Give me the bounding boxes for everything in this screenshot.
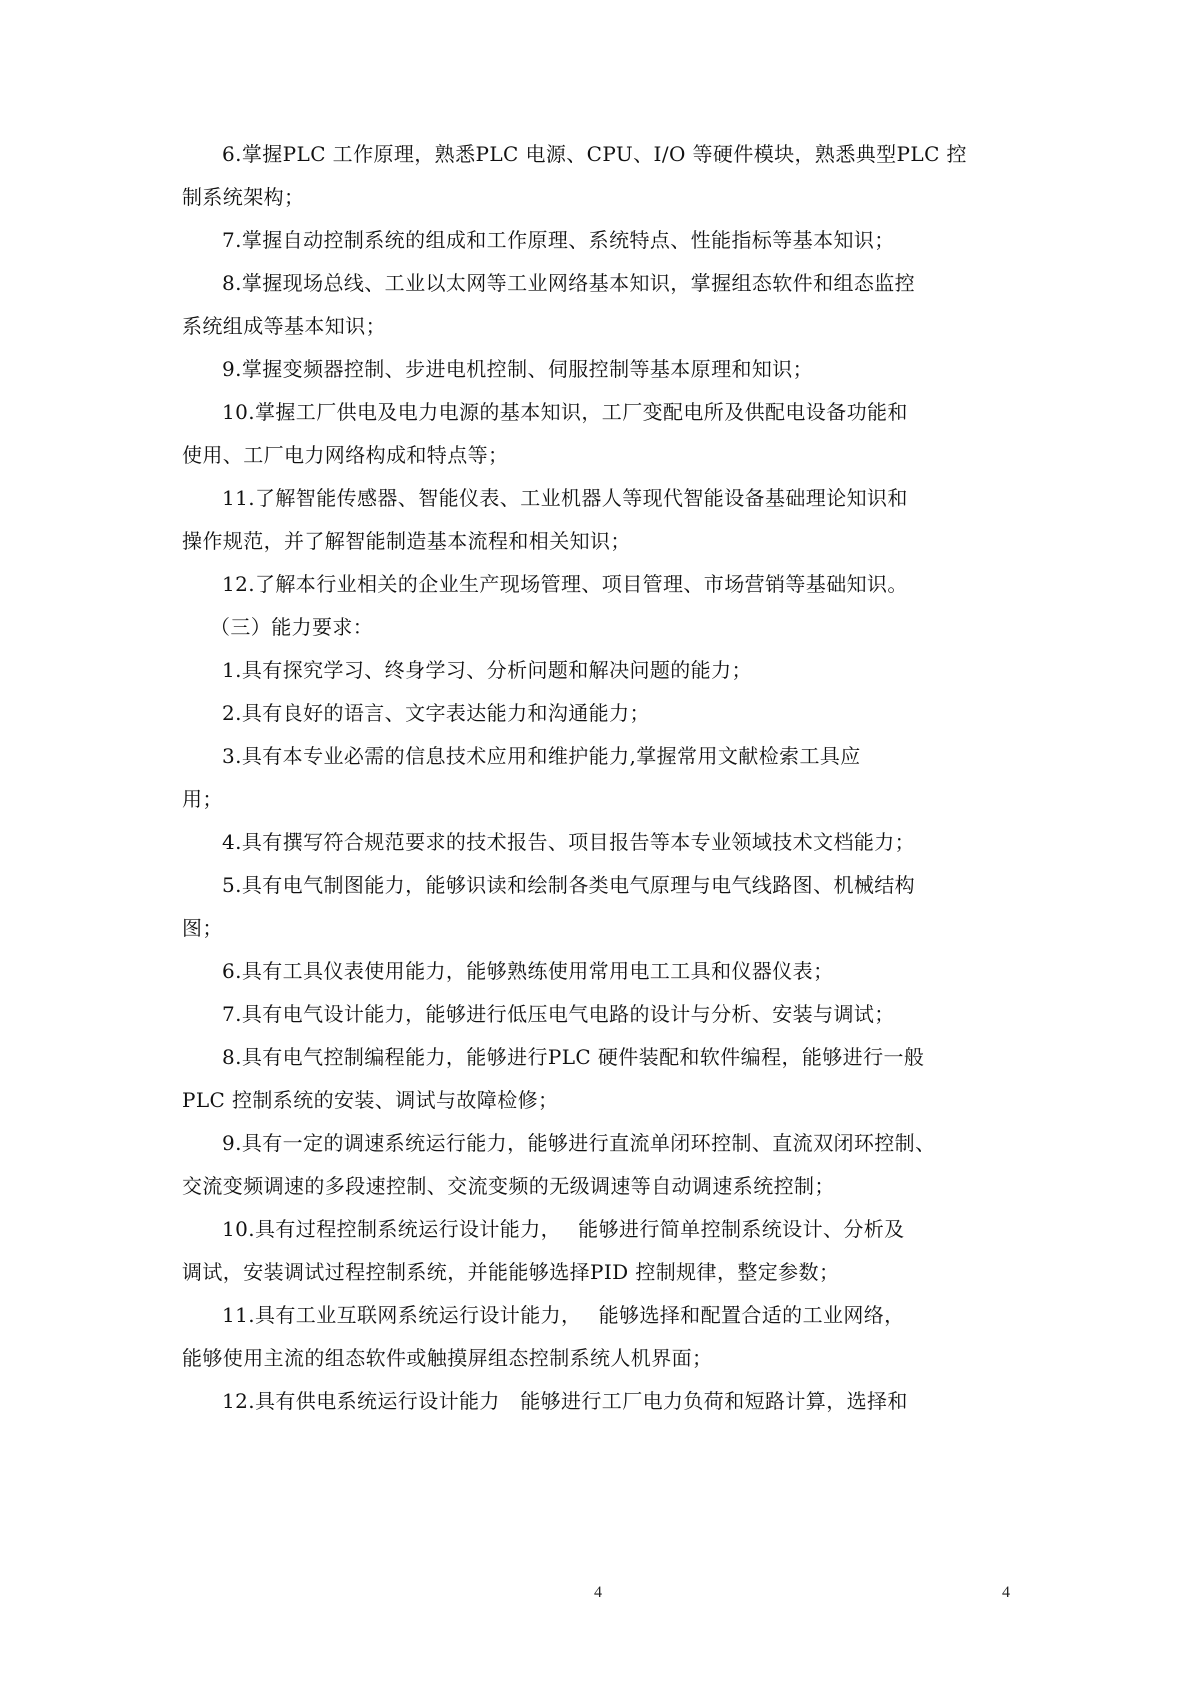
text-line: 10.具有过程控制系统运行设计能力， 能够进行简单控制系统设计、分析及 — [222, 1215, 905, 1243]
text-line: 3.具有本专业必需的信息技术应用和维护能力,掌握常用文献检索工具应 — [222, 742, 861, 770]
text-line: 12.了解本行业相关的企业生产现场管理、项目管理、市场营销等基础知识。 — [222, 570, 908, 598]
text-line: 能够使用主流的组态软件或触摸屏组态控制系统人机界面； — [182, 1344, 712, 1372]
text-line: 9.具有一定的调速系统运行能力，能够进行直流单闭环控制、直流双闭环控制、 — [222, 1129, 935, 1157]
page-number-center: 4 — [594, 1584, 602, 1602]
section-heading: （三）能力要求： — [210, 613, 373, 641]
text-line: 系统组成等基本知识； — [182, 312, 386, 340]
text-line: 使用、工厂电力网络构成和特点等； — [182, 441, 508, 469]
text-line: 用； — [182, 785, 223, 813]
text-line: 5.具有电气制图能力，能够识读和绘制各类电气原理与电气线路图、机械结构 — [222, 871, 915, 899]
text-line: 4.具有撰写符合规范要求的技术报告、项目报告等本专业领域技术文档能力； — [222, 828, 915, 856]
text-line: 8.具有电气控制编程能力，能够进行PLC 硬件装配和软件编程，能够进行一般 — [222, 1043, 924, 1071]
text-line: 图； — [182, 914, 223, 942]
text-line: 8.掌握现场总线、工业以太网等工业网络基本知识，掌握组态软件和组态监控 — [222, 269, 915, 297]
page-number-right: 4 — [1002, 1584, 1010, 1602]
text-line: 11.具有工业互联网系统运行设计能力， 能够选择和配置合适的工业网络， — [222, 1301, 905, 1329]
text-line: 11.了解智能传感器、智能仪表、工业机器人等现代智能设备基础理论知识和 — [222, 484, 908, 512]
text-line: 调试，安装调试过程控制系统，并能能够选择PID 控制规律，整定参数； — [182, 1258, 839, 1286]
text-line: 制系统架构； — [182, 183, 304, 211]
text-line: PLC 控制系统的安装、调试与故障检修； — [182, 1086, 558, 1114]
text-line: 12.具有供电系统运行设计能力 能够进行工厂电力负荷和短路计算，选择和 — [222, 1387, 908, 1415]
text-line: 6.具有工具仪表使用能力，能够熟练使用常用电工工具和仪器仪表； — [222, 957, 833, 985]
text-line: 9.掌握变频器控制、步进电机控制、伺服控制等基本原理和知识； — [222, 355, 813, 383]
text-line: 10.掌握工厂供电及电力电源的基本知识，工厂变配电所及供配电设备功能和 — [222, 398, 908, 426]
text-line: 操作规范，并了解智能制造基本流程和相关知识； — [182, 527, 631, 555]
text-line: 1.具有探究学习、终身学习、分析问题和解决问题的能力； — [222, 656, 752, 684]
text-line: 6.掌握PLC 工作原理，熟悉PLC 电源、CPU、I/O 等硬件模块，熟悉典型… — [222, 140, 967, 168]
text-line: 7.掌握自动控制系统的组成和工作原理、系统特点、性能指标等基本知识； — [222, 226, 895, 254]
text-line: 交流变频调速的多段速控制、交流变频的无级调速等自动调速系统控制； — [182, 1172, 835, 1200]
text-line: 2.具有良好的语言、文字表达能力和沟通能力； — [222, 699, 650, 727]
text-line: 7.具有电气设计能力，能够进行低压电气电路的设计与分析、安装与调试； — [222, 1000, 895, 1028]
document-page: 6.掌握PLC 工作原理，熟悉PLC 电源、CPU、I/O 等硬件模块，熟悉典型… — [0, 0, 1191, 1684]
